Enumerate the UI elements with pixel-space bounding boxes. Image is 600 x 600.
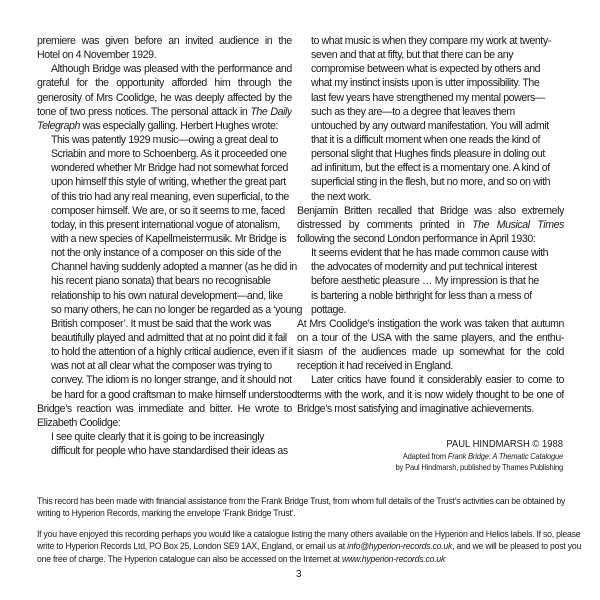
text-line: Bridge’s reaction was immediate and bitt… — [37, 402, 292, 416]
quote-line: such as they are—to a degree that leaves… — [311, 105, 564, 119]
quote-line: the next work. — [311, 190, 564, 204]
paragraph-press-notices: Although Bridge was pleased with the per… — [37, 62, 292, 133]
quote-line: the advocates of modernity and put techn… — [311, 260, 564, 274]
text-line: This record has been made with financial… — [37, 496, 562, 508]
text-line: terms with the work, and it is now widel… — [297, 388, 564, 402]
author-credit: PAUL HINDMARSH © 1988 Adapted from Frank… — [396, 438, 563, 472]
quote-bridge-letter: I see quite clearly that it is going to … — [37, 430, 292, 458]
text-line: Bridge’s most satisfying and imaginative… — [297, 402, 564, 416]
text-fragment: , and we will be pleased to post you — [452, 541, 581, 552]
quote-line: Scriabin and more to Schoenberg. As it p… — [37, 147, 292, 161]
quote-line: is bartering a noble birthright for less… — [311, 289, 564, 303]
text-line: writing to Hyperion Records, marking the… — [37, 508, 562, 520]
quote-line: with a new species of Kapellmeistermusik… — [37, 232, 292, 246]
text-line: If you have enjoyed this recording perha… — [37, 529, 562, 541]
catalogue-note: If you have enjoyed this recording perha… — [37, 529, 562, 566]
quote-line: British composer’. It must be said that … — [37, 317, 292, 331]
quote-line: before aesthetic pleasure … My impressio… — [311, 274, 564, 288]
paragraph-bridge-reaction: Bridge’s reaction was immediate and bitt… — [37, 402, 292, 430]
author-copyright: PAUL HINDMARSH © 1988 — [396, 438, 563, 451]
text-fragment: tone of two press notices. The personal … — [37, 106, 250, 118]
text-line: generosity of Mrs Coolidge, he was deepl… — [37, 91, 292, 105]
quote-line: that it is a difficult moment when one r… — [311, 133, 564, 147]
quote-line: It seems evident that he has made common… — [311, 246, 564, 260]
text-line: Benjamin Britten recalled that Bridge wa… — [297, 204, 564, 218]
quote-line: so many others, he can no longer be rega… — [37, 303, 292, 317]
publisher-line: by Paul Hindmarsh, published by Thames P… — [396, 462, 563, 473]
text-line: Although Bridge was pleased with the per… — [37, 62, 292, 76]
book-title: Frank Bridge: A Thematic Catalogue — [448, 451, 563, 461]
quote-line: beautifully played and admitted that at … — [37, 331, 292, 345]
quote-line: composer himself. We are, or so it seems… — [37, 204, 292, 218]
website-link[interactable]: www.hyperion-records.co.uk — [342, 554, 445, 565]
quote-line: last few years have strengthened my ment… — [311, 91, 564, 105]
text-line: on a tour of the USA with the same playe… — [297, 331, 564, 345]
quote-line: personal slight that Hughes finds pleasu… — [311, 147, 564, 161]
text-line: write to Hyperion Records Ltd, PO Box 25… — [37, 541, 562, 553]
source-line: Adapted from Frank Bridge: A Thematic Ca… — [396, 451, 563, 462]
text-line: Telegraph was especially galling. Herber… — [37, 119, 292, 133]
text-line: At Mrs Coolidge’s instigation the work w… — [297, 317, 564, 331]
text-line: grateful for the opportunity afforded hi… — [37, 76, 292, 90]
text-line: Hotel on 4 November 1929. — [37, 48, 292, 62]
text-line: following the second London performance … — [297, 232, 564, 246]
journal-title: The Musical Times — [472, 219, 564, 231]
right-column: to what music is when they compare my wo… — [311, 34, 564, 416]
page-number: 3 — [296, 569, 302, 581]
source-prefix: Adapted from — [403, 451, 448, 461]
left-column: premiere was given before an invited aud… — [37, 34, 292, 458]
footer-notes: This record has been made with financial… — [37, 496, 562, 574]
paragraph-britten: Benjamin Britten recalled that Bridge wa… — [297, 204, 564, 246]
trust-note: This record has been made with financial… — [37, 496, 562, 521]
quote-line: This was patently 1929 music—owing a gre… — [37, 133, 292, 147]
quote-line: untouched by any outward manifestation. … — [311, 119, 564, 133]
quote-line: seven and that at fifty, but that there … — [311, 48, 564, 62]
newspaper-title: Telegraph — [37, 120, 80, 132]
text-line: premiere was given before an invited aud… — [37, 34, 292, 48]
quote-line: I see quite clearly that it is going to … — [37, 430, 292, 444]
quote-line: convey. The idiom is no longer strange, … — [37, 373, 292, 387]
quote-line: to what music is when they compare my wo… — [311, 34, 564, 48]
quote-line: what my instinct insists upon is utter i… — [311, 76, 564, 90]
quote-line: be hard for a good craftsman to make him… — [37, 388, 292, 402]
email-link[interactable]: info@hyperion-records.co.uk — [347, 541, 452, 552]
quote-hughes: This was patently 1929 music—owing a gre… — [37, 133, 292, 402]
text-line: Elizabeth Coolidge: — [37, 416, 292, 430]
quote-line: of this trio had any real meaning, even … — [37, 190, 292, 204]
quote-line: difficult for people who have standardis… — [37, 444, 292, 458]
quote-musical-times: It seems evident that he has made common… — [311, 246, 564, 317]
text-fragment: was especially galling. Herbert Hughes w… — [82, 120, 278, 132]
text-line: tone of two press notices. The personal … — [37, 105, 292, 119]
paragraph-later-critics: Later critics have found it considerably… — [297, 373, 564, 415]
quote-line: to hold the attention of a highly critic… — [37, 345, 292, 359]
quote-line: his recent piano sonata) that bears no r… — [37, 274, 292, 288]
quote-line: compromise between what is expected by o… — [311, 62, 564, 76]
quote-line: Channel having suddenly adopted a manner… — [37, 260, 292, 274]
paragraph-usa-tour: At Mrs Coolidge’s instigation the work w… — [297, 317, 564, 374]
text-fragment: one free of charge. The Hyperion catalog… — [37, 554, 342, 565]
quote-line: wondered whether Mr Bridge had not somew… — [37, 161, 292, 175]
text-fragment: write to Hyperion Records Ltd, PO Box 25… — [37, 541, 347, 552]
quote-line: was not at all clear what the composer w… — [37, 359, 292, 373]
paragraph-premiere: premiere was given before an invited aud… — [37, 34, 292, 62]
quote-line: pottage. — [311, 303, 564, 317]
text-line: one free of charge. The Hyperion catalog… — [37, 554, 562, 566]
newspaper-title: The Daily — [250, 106, 291, 118]
text-line: siasm of the audiences made up somewhat … — [297, 345, 564, 359]
quote-line: relationship to his own natural developm… — [37, 289, 292, 303]
text-line: Later critics have found it considerably… — [297, 373, 564, 387]
quote-line: not the only instance of a composer on t… — [37, 246, 292, 260]
quote-bridge-letter-continued: to what music is when they compare my wo… — [311, 34, 564, 204]
text-line: reception it had received in England. — [297, 359, 564, 373]
quote-line: today, in this present international vog… — [37, 218, 292, 232]
quote-line: upon himself this style of writing, whet… — [37, 175, 292, 189]
quote-line: superficial sting in the flesh, but no m… — [311, 175, 564, 189]
text-fragment: distressed by comments printed in — [297, 219, 472, 231]
text-line: distressed by comments printed in The Mu… — [297, 218, 564, 232]
quote-line: ad infinitum, but the effect is a moment… — [311, 161, 564, 175]
